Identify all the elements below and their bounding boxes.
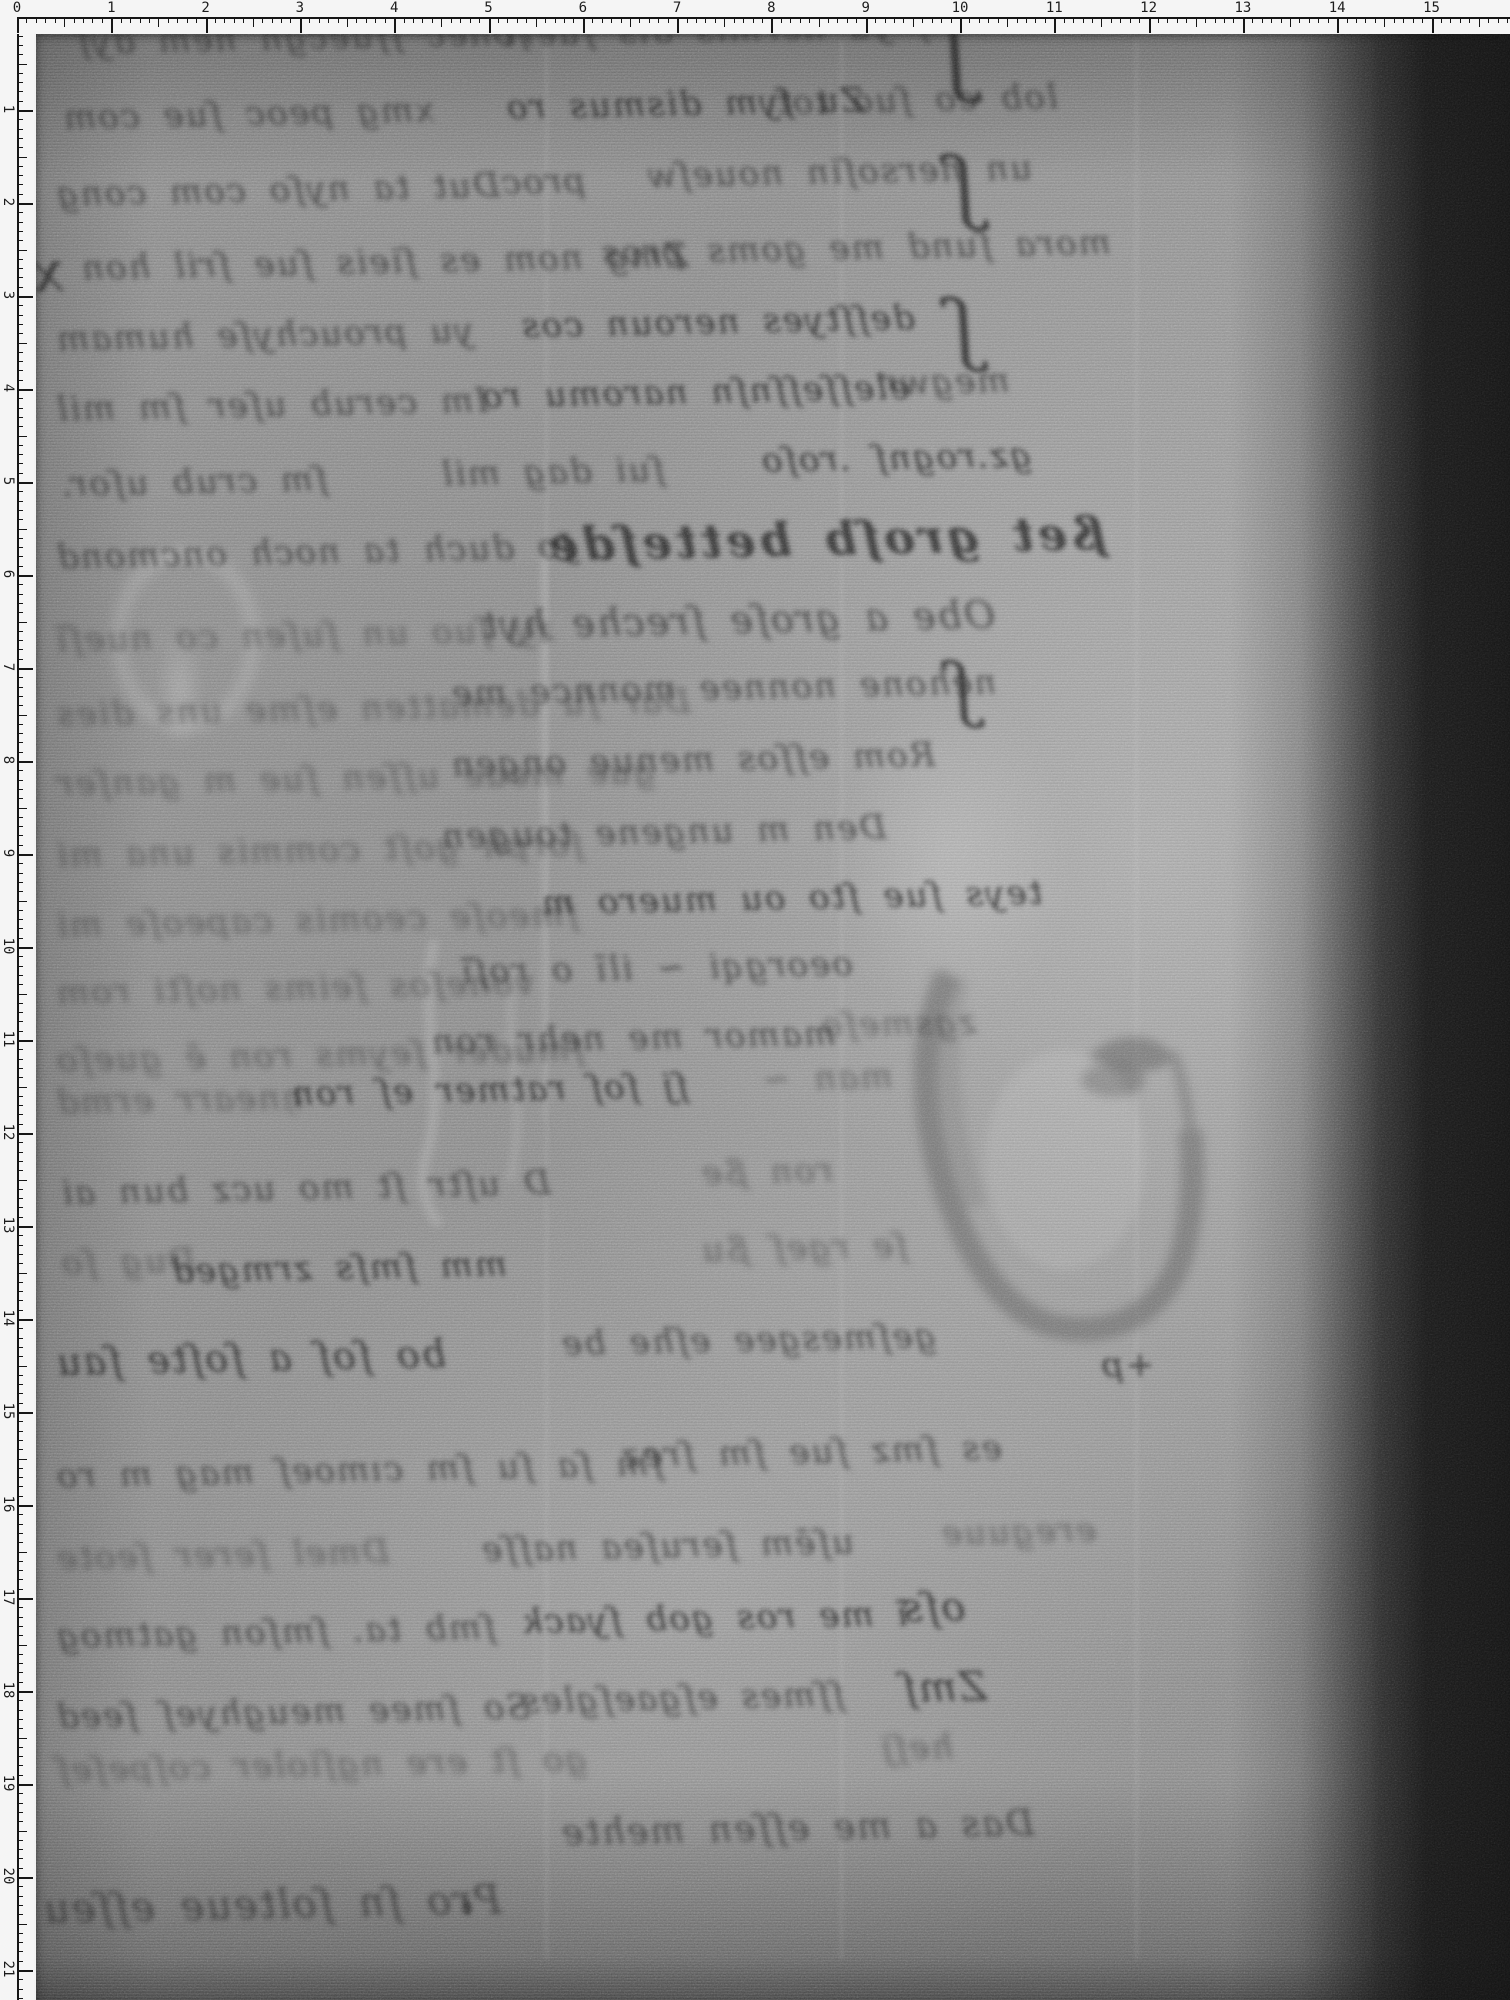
- ruler-tick: [17, 296, 33, 298]
- ruler-tick: [17, 1449, 23, 1450]
- ruler-number: 4: [374, 0, 414, 16]
- script-line: Das a me eſſen mehte: [560, 1803, 1035, 1854]
- ruler-tick: [17, 891, 23, 892]
- ruler-tick: [1083, 17, 1084, 23]
- ruler-tick: [413, 17, 414, 23]
- ruler-tick: [17, 1356, 23, 1357]
- ruler-tick: [206, 17, 208, 33]
- ruler-tick: [922, 17, 923, 23]
- ruler-tick: [17, 1533, 23, 1534]
- ruler-tick: [196, 17, 197, 23]
- ruler-tick: [17, 668, 33, 670]
- ruler-tick: [17, 1059, 23, 1060]
- ruler-number: 11: [1034, 0, 1074, 16]
- ruler-tick: [17, 361, 23, 362]
- ruler-tick: [1045, 17, 1046, 23]
- ruler-number: 1: [0, 98, 16, 120]
- ruler-tick: [1460, 17, 1461, 23]
- ruler-tick: [1488, 17, 1489, 23]
- ruler-tick: [885, 17, 886, 23]
- ruler-tick: [140, 17, 141, 23]
- ruler-tick: [17, 1282, 23, 1283]
- ruler-tick: [17, 1784, 33, 1786]
- ruler-tick: [17, 1849, 23, 1850]
- ruler-tick: [17, 110, 33, 112]
- ruler-tick: [1026, 17, 1027, 23]
- ruler-tick: [17, 882, 23, 883]
- ruler-tick: [17, 640, 23, 641]
- ruler-tick: [17, 1524, 23, 1525]
- ruler-tick: [262, 17, 263, 23]
- ruler-tick: [17, 1682, 23, 1683]
- ruler-tick: [1224, 17, 1225, 23]
- ruler-tick: [649, 17, 650, 23]
- ruler-tick: [17, 1738, 27, 1739]
- ruler-tick: [17, 1366, 27, 1367]
- ruler-tick: [1507, 17, 1508, 23]
- ruler-tick: [17, 1719, 23, 1720]
- ruler-tick: [17, 1161, 23, 1162]
- ruler-tick: [17, 91, 23, 92]
- script-line: +p: [1100, 1344, 1155, 1385]
- ruler-tick: [1215, 17, 1216, 23]
- ruler-tick: [17, 184, 23, 185]
- ruler-number: 14: [1317, 0, 1357, 16]
- ruler-tick: [17, 696, 23, 697]
- ruler-tick: [1299, 17, 1300, 23]
- ruler-tick: [347, 17, 348, 27]
- ruler-tick: [17, 947, 33, 949]
- ruler-tick: [17, 101, 23, 102]
- ruler-tick: [602, 17, 603, 23]
- ruler-tick: [17, 594, 23, 595]
- ruler-number: 16: [0, 1493, 16, 1515]
- ruler-tick: [724, 17, 725, 27]
- ruler-tick: [875, 17, 876, 23]
- ruler-number: 7: [657, 0, 697, 16]
- ruler-number: 3: [0, 284, 16, 306]
- ruler-tick: [17, 1803, 23, 1804]
- ruler-tick: [83, 17, 84, 23]
- ruler-tick: [17, 1654, 23, 1655]
- script-line: ſj ſoſ ratmer eſ ron: [290, 1066, 689, 1114]
- ruler-tick: [17, 1403, 23, 1404]
- ruler-number: 2: [186, 0, 226, 16]
- ruler-tick: [17, 1486, 23, 1487]
- ruler-tick: [856, 17, 857, 23]
- ruler-tick: [17, 426, 23, 427]
- ruler-tick: [17, 1998, 23, 1999]
- ruler-tick: [422, 17, 423, 23]
- ruler-tick: [17, 873, 23, 874]
- ruler-tick: [17, 603, 23, 604]
- ruler-tick: [734, 17, 735, 23]
- paper-leaf: ſonec ſſuecgn nem dyſſ yū nermis dis ſue…: [36, 34, 1510, 2000]
- ruler-tick: [17, 463, 23, 464]
- ruler-tick: [1347, 17, 1348, 23]
- ruler-tick: [17, 1942, 23, 1943]
- ruler-tick: [17, 510, 23, 511]
- ruler-tick: [17, 1821, 23, 1822]
- ruler-tick: [1262, 17, 1263, 23]
- ruler-tick: [988, 17, 989, 23]
- ruler-tick: [828, 17, 829, 23]
- ruler-tick: [913, 17, 914, 27]
- ruler-tick: [1281, 17, 1282, 23]
- ruler-tick: [17, 1765, 23, 1766]
- ruler-tick: [17, 752, 23, 753]
- ruler-tick: [800, 17, 801, 23]
- ruler-tick: [1196, 17, 1197, 27]
- ruler-tick: [17, 966, 23, 967]
- ruler-tick: [507, 17, 508, 23]
- ruler-tick: [17, 1877, 33, 1879]
- ruler-tick: [338, 17, 339, 23]
- script-line: go ſt ere ngſioler coſpeſeſ: [55, 1739, 588, 1790]
- ruler-tick: [1403, 17, 1404, 23]
- ruler-tick: [621, 17, 622, 23]
- ruler-tick: [17, 1235, 23, 1236]
- ruler-tick: [1356, 17, 1357, 23]
- script-line: heſj: [880, 1727, 954, 1769]
- ruler-tick: [17, 529, 27, 530]
- script-line: Dut ta nyſo com cong: [55, 165, 501, 214]
- ruler-tick: [658, 17, 659, 23]
- ruler-number: 11: [0, 1028, 16, 1050]
- ruler-tick: [92, 17, 93, 23]
- script-line: Obe a groſe ſreche hyt: [480, 593, 996, 648]
- ruler-tick: [17, 1868, 23, 1869]
- ruler-tick: [17, 556, 23, 557]
- ruler-tick: [17, 1217, 23, 1218]
- ruler-tick: [17, 54, 23, 55]
- ruler-tick: [17, 175, 23, 176]
- ruler-tick: [17, 1989, 23, 1990]
- ruler-number: 9: [846, 0, 886, 16]
- ruler-tick: [705, 17, 706, 23]
- ruler-tick: [17, 445, 23, 446]
- ruler-tick: [17, 798, 23, 799]
- ruler-tick: [111, 17, 113, 33]
- ruler-number: 6: [0, 563, 16, 585]
- ruler-tick: [17, 1924, 27, 1925]
- top-ruler-baseline: [17, 17, 1510, 19]
- script-line: ņnearr ermd: [55, 1077, 305, 1122]
- ruler-tick: [17, 1886, 23, 1887]
- ruler-tick: [17, 1254, 23, 1255]
- ruler-tick: [17, 1077, 23, 1078]
- ruler-tick: [17, 584, 23, 585]
- script-line: lob co ſuo tot: [775, 77, 1059, 123]
- manuscript-photograph: ſonec ſſuecgn nem dyſſ yū nermis dis ſue…: [0, 0, 1510, 2000]
- ruler-tick: [17, 1198, 23, 1199]
- ruler-tick: [432, 17, 433, 23]
- ruler-tick: [17, 724, 23, 725]
- ruler-number: 16: [1506, 0, 1510, 16]
- top-ruler: 012345678910111213141516: [0, 0, 1510, 34]
- ruler-tick: [404, 17, 405, 23]
- ruler-tick: [17, 715, 27, 716]
- ruler-tick: [17, 1691, 33, 1693]
- ruler-tick: [17, 1979, 23, 1980]
- ruler-tick: [17, 845, 23, 846]
- ruler-tick: [17, 1207, 23, 1208]
- ruler-number: 21: [0, 1958, 16, 1980]
- ruler-tick: [17, 984, 23, 985]
- ruler-tick: [17, 1598, 33, 1600]
- ruler-number: 13: [1223, 0, 1263, 16]
- ruler-tick: [17, 1226, 33, 1228]
- ruler-tick: [17, 417, 23, 418]
- ruler-tick: [1007, 17, 1008, 27]
- ruler-number: 20: [0, 1865, 16, 1887]
- script-line: ʃ: [949, 648, 972, 730]
- script-line: Im cerub uſer ſm mil: [55, 380, 489, 429]
- ruler-tick: [375, 17, 376, 23]
- ruler-number: 7: [0, 656, 16, 678]
- ruler-tick: [592, 17, 593, 23]
- ruler-tick: [17, 119, 23, 120]
- ruler-tick: [17, 770, 23, 771]
- ruler-tick: [1149, 17, 1151, 33]
- ruler-tick: [17, 928, 23, 929]
- script-line: ſorph goſt commis una mi: [55, 824, 584, 875]
- ruler-tick: [17, 147, 23, 148]
- ruler-number: 4: [0, 377, 16, 399]
- ruler-number: 19: [0, 1772, 16, 1794]
- ruler-tick: [932, 17, 933, 23]
- ruler-tick: [309, 17, 310, 23]
- ruler-tick: [17, 36, 23, 37]
- ruler-tick: [17, 687, 23, 688]
- ruler-number: 1: [91, 0, 131, 16]
- ruler-tick: [498, 17, 499, 23]
- ruler-tick: [17, 1914, 23, 1915]
- ruler-tick: [17, 835, 23, 836]
- ruler-tick: [385, 17, 386, 23]
- ruler-tick: [17, 1263, 23, 1264]
- ruler-tick: [1290, 17, 1291, 27]
- ruler-tick: [17, 566, 23, 567]
- ruler-tick: [17, 454, 23, 455]
- ruler-tick: [555, 17, 556, 23]
- ruler-tick: [17, 1710, 23, 1711]
- ruler-tick: [517, 17, 518, 23]
- ruler-tick: [17, 519, 23, 520]
- ruler-number: 9: [0, 842, 16, 864]
- ruler-tick: [272, 17, 273, 23]
- ruler-tick: [17, 1440, 23, 1441]
- ruler-tick: [1432, 17, 1434, 33]
- ruler-tick: [1064, 17, 1065, 23]
- ruler-tick: [17, 994, 27, 995]
- ruler-tick: [1017, 17, 1018, 23]
- ruler-tick: [17, 789, 23, 790]
- ruler-tick: [290, 17, 291, 23]
- ruler-number: 15: [0, 1400, 16, 1422]
- script-line: Zmſ: [900, 1664, 987, 1712]
- ruler-tick: [17, 1756, 23, 1757]
- ruler-tick: [17, 491, 23, 492]
- ruler-tick: [17, 82, 23, 83]
- ruler-tick: [17, 1496, 23, 1497]
- ruler-number: 18: [0, 1679, 16, 1701]
- ruler-tick: [847, 17, 848, 23]
- ruler-tick: [668, 17, 669, 23]
- script-line: xmg peoc ſue com: [62, 90, 435, 138]
- ruler-tick: [149, 17, 150, 23]
- ruler-tick: [866, 17, 868, 33]
- ruler-tick: [64, 17, 65, 27]
- ruler-number: 17: [0, 1586, 16, 1608]
- ruler-tick: [17, 677, 23, 678]
- ruler-tick: [960, 17, 962, 33]
- ruler-tick: [17, 975, 23, 976]
- ruler-tick: [17, 324, 23, 325]
- script-line: ī me ros gob ſyack: [520, 1594, 909, 1642]
- ruler-tick: [1337, 17, 1339, 33]
- ruler-tick: [17, 1663, 23, 1664]
- ruler-tick: [17, 1951, 23, 1952]
- ruler-tick: [583, 17, 585, 33]
- ruler-number: 8: [751, 0, 791, 16]
- ruler-tick: [17, 194, 23, 195]
- left-ruler: 123456789101112131415161718192021: [0, 0, 34, 2000]
- script-line: ereguue: [940, 1510, 1097, 1553]
- ruler-tick: [26, 17, 27, 23]
- ruler-tick: [17, 826, 23, 827]
- ruler-tick: [611, 17, 612, 23]
- script-line: ſm crub uſor.: [60, 459, 328, 505]
- ruler-number: 10: [0, 935, 16, 957]
- ruler-tick: [17, 1645, 27, 1646]
- ruler-tick: [1413, 17, 1414, 23]
- script-line: ſ yū nermis dis ſuert: [500, 34, 929, 54]
- script-line: x: [36, 240, 64, 306]
- script-line: ſui dag mil: [440, 450, 666, 495]
- ruler-tick: [1092, 17, 1093, 23]
- ruler-tick: [17, 547, 23, 548]
- script-line: ron ße: [700, 1151, 834, 1194]
- ruler-tick: [17, 705, 23, 706]
- ruler-tick: [17, 1049, 23, 1050]
- ruler-tick: [253, 17, 254, 27]
- ruler-tick: [17, 1607, 23, 1608]
- ruler-number: 0: [0, 0, 37, 16]
- ruler-tick: [17, 1412, 33, 1414]
- ruler-tick: [17, 1087, 27, 1088]
- ruler-tick: [394, 17, 396, 33]
- ruler-tick: [17, 370, 23, 371]
- ruler-tick: [17, 622, 27, 623]
- script-line: Jo duch ta noch oncmond: [55, 527, 575, 578]
- script-line: ßet groſb betteſde: [544, 506, 1106, 572]
- script-line: ſm ſa ſu ſm cımoeſ mag m ro: [55, 1444, 664, 1497]
- ruler-tick: [17, 1040, 33, 1042]
- ruler-tick: [17, 1840, 23, 1841]
- ruler-tick: [17, 1431, 23, 1432]
- ruler-tick: [17, 1570, 23, 1571]
- ruler-tick: [1498, 17, 1499, 23]
- ruler-tick: [536, 17, 537, 27]
- ruler-tick: [790, 17, 791, 23]
- ruler-tick: [771, 17, 773, 33]
- ruler-tick: [715, 17, 716, 23]
- ruler-tick: [1318, 17, 1319, 23]
- ruler-number: 8: [0, 749, 16, 771]
- ruler-tick: [17, 1180, 27, 1181]
- ruler-tick: [1394, 17, 1395, 23]
- ruler-tick: [177, 17, 178, 23]
- ruler-tick: [45, 17, 46, 23]
- ruler-tick: [224, 17, 225, 23]
- ruler-tick: [17, 129, 23, 130]
- ruler-tick: [17, 1552, 27, 1553]
- ruler-tick: [1252, 17, 1253, 23]
- ruler-tick: [17, 1273, 27, 1274]
- ruler-tick: [17, 268, 23, 269]
- ruler-tick: [17, 733, 23, 734]
- ruler-tick: [319, 17, 320, 23]
- ruler-tick: [17, 482, 33, 484]
- ruler-tick: [1177, 17, 1178, 23]
- ruler-tick: [969, 17, 970, 23]
- watermark-initial: [850, 930, 1270, 1370]
- ruler-tick: [17, 305, 23, 306]
- ruler-tick: [17, 1003, 23, 1004]
- ruler-tick: [1243, 17, 1245, 33]
- ruler-tick: [17, 1338, 23, 1339]
- ruler-tick: [17, 1672, 23, 1673]
- script-line: oſs: [900, 1584, 966, 1631]
- ruler-tick: [1479, 17, 1480, 27]
- ruler-number: 13: [0, 1214, 16, 1236]
- ruler-tick: [1054, 17, 1056, 33]
- ruler-tick: [17, 1375, 23, 1376]
- script-line: ſonec ſſuecgn nem dyſ: [75, 34, 529, 63]
- ruler-number: 12: [0, 1121, 16, 1143]
- ruler-tick: [17, 1170, 23, 1171]
- ruler-tick: [809, 17, 810, 23]
- ruler-tick: [753, 17, 754, 23]
- ruler-tick: [17, 1477, 23, 1478]
- ruler-tick: [17, 649, 23, 650]
- ruler-tick: [17, 1579, 23, 1580]
- ruler-tick: [17, 1970, 33, 1972]
- ruler-tick: [1111, 17, 1112, 23]
- script-line: geſmesgee eſhe be: [560, 1316, 937, 1364]
- script-line: man ~: [760, 1057, 894, 1100]
- ruler-tick: [168, 17, 169, 23]
- script-line: es ſmz ſue ſm ſrez: [620, 1428, 1003, 1476]
- ruler-tick: [696, 17, 697, 23]
- ruler-tick: [1101, 17, 1102, 27]
- ruler-tick: [762, 17, 763, 23]
- ruler-tick: [470, 17, 471, 23]
- ruler-tick: [545, 17, 546, 23]
- ruler-tick: [17, 1635, 23, 1636]
- ruler-tick: [17, 501, 23, 502]
- ruler-tick: [979, 17, 980, 23]
- ruler-tick: [441, 17, 442, 27]
- ruler-tick: [639, 17, 640, 23]
- ruler-tick: [17, 1300, 23, 1301]
- ruler-tick: [17, 473, 23, 474]
- ruler-tick: [55, 17, 56, 23]
- ruler-tick: [17, 919, 23, 920]
- ruler-tick: [17, 538, 23, 539]
- script-line: mm ſmſs zrmged: [170, 1244, 508, 1291]
